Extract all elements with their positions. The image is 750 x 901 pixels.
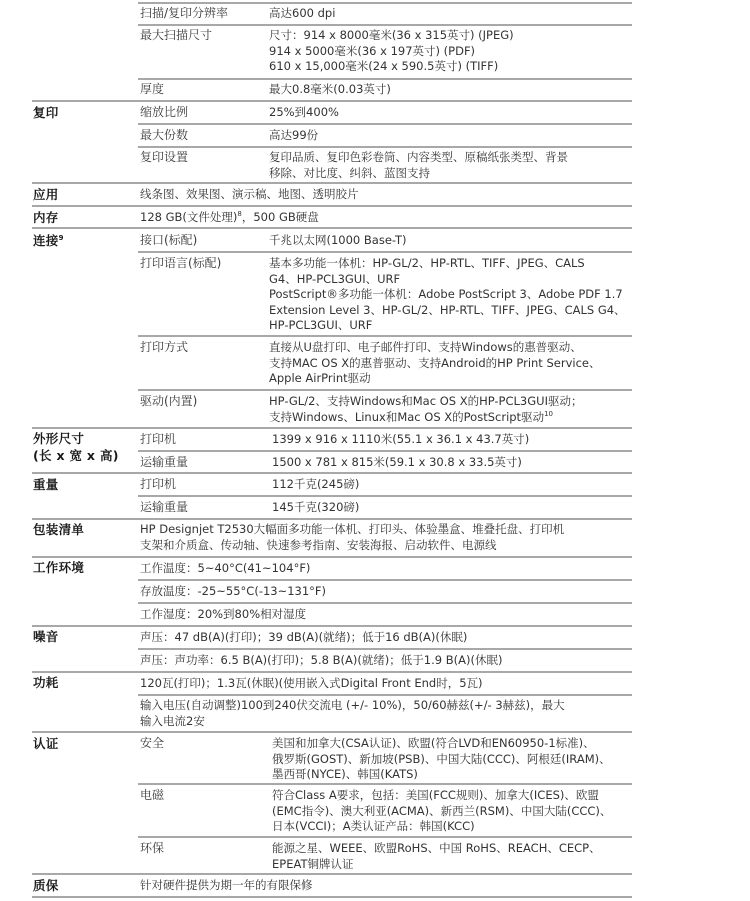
copy-zoom-value: 25%到400%	[269, 105, 634, 121]
thickness-label: 厚度	[140, 82, 164, 98]
section-environment: 工作环境	[33, 559, 84, 576]
section-divider	[32, 671, 632, 673]
dim-printer-value: 1399 x 916 x 1110米(55.1 x 36.1 x 43.7英寸)	[272, 432, 634, 448]
row-divider	[138, 495, 632, 497]
section-warranty: 质保	[33, 877, 59, 894]
scan-resolution-label: 扫描/复印分辨率	[140, 6, 228, 22]
print-languages-value: 基本多功能一体机：HP-GL/2、HP-RTL、TIFF、JPEG、CALS G…	[269, 256, 634, 334]
interface-label: 接口(标配)	[140, 233, 197, 249]
warranty-value: 针对硬件提供为期一年的有限保修	[140, 878, 634, 894]
section-memory: 内存	[33, 209, 59, 226]
safety-value: 美国和加拿大(CSA认证)、欧盟(符合LVD和EN60950-1标准)、 俄罗斯…	[272, 736, 634, 783]
row-divider	[138, 2, 632, 4]
row-divider	[138, 146, 632, 148]
row-divider	[138, 335, 632, 337]
section-divider	[32, 205, 632, 207]
section-certification: 认证	[33, 735, 59, 752]
section-divider	[32, 227, 632, 229]
section-power: 功耗	[33, 674, 59, 691]
section-divider	[32, 731, 632, 733]
print-method-value: 直接从U盘打印、电子邮件打印、支持Windows的惠普驱动、 支持MAC OS …	[269, 340, 634, 387]
row-divider	[138, 579, 632, 581]
humidity-value: 工作湿度：20%到80%相对湿度	[140, 607, 634, 623]
weight-shipping-label: 运输重量	[140, 500, 188, 516]
footnote-marker: 10	[544, 410, 553, 418]
row-divider	[138, 836, 632, 838]
section-copy: 复印	[33, 104, 59, 121]
row-divider	[138, 24, 632, 26]
memory-value: 128 GB(文件处理)8，500 GB硬盘	[140, 210, 634, 226]
row-divider	[138, 694, 632, 696]
storage-temp-value: 存放温度：-25~55°C(-13~131°F)	[140, 584, 634, 600]
section-package: 包装清单	[33, 521, 84, 538]
section-weight: 重量	[33, 476, 59, 493]
interface-value: 千兆以太网(1000 Base-T)	[269, 233, 634, 249]
power-input-value: 输入电压(自动调整)100到240伏交流电 (+/- 10%)，50/60赫兹(…	[140, 698, 634, 729]
row-divider	[138, 251, 632, 253]
row-divider	[138, 783, 632, 785]
section-divider	[32, 100, 632, 102]
operating-temp-value: 工作温度：5~40°C(41~104°F)	[140, 561, 634, 577]
drivers-line-2: 支持Windows、Linux和Mac OS X的PostScript驱动	[269, 410, 544, 424]
sound-pressure-value: 声压：47 dB(A)(打印)；39 dB(A)(就绪)；低于16 dB(A)(…	[140, 630, 634, 646]
dim-printer-label: 打印机	[140, 432, 176, 448]
section-divider	[32, 556, 632, 558]
max-copies-label: 最大份数	[140, 128, 188, 144]
max-scan-size-value: 尺寸：914 x 8000毫米(36 x 315英寸) (JPEG) 914 x…	[269, 28, 634, 75]
copy-settings-label: 复印设置	[140, 150, 188, 166]
memory-value-disk: ，500 GB硬盘	[242, 210, 319, 224]
copy-zoom-label: 缩放比例	[140, 105, 188, 121]
section-connectivity: 连接9	[33, 232, 64, 249]
section-dimensions-subtitle: (长 x 宽 x 高)	[33, 448, 119, 463]
section-dimensions-title: 外形尺寸	[33, 431, 84, 446]
section-applications: 应用	[33, 186, 59, 203]
environmental-label: 环保	[140, 841, 164, 857]
dim-shipping-value: 1500 x 781 x 815米(59.1 x 30.8 x 33.5英寸)	[272, 455, 634, 471]
copy-settings-value: 复印品质、复印色彩卷筒、内容类型、原稿纸张类型、背景 移除、对比度、纠斜、蓝图支…	[269, 150, 634, 181]
row-divider	[138, 389, 632, 391]
section-dimensions: 外形尺寸(长 x 宽 x 高)	[33, 430, 119, 464]
thickness-value: 最大0.8毫米(0.03英寸)	[269, 82, 634, 98]
row-divider	[138, 602, 632, 604]
sound-power-value: 声压：声功率：6.5 B(A)(打印)；5.8 B(A)(就绪)；低于1.9 B…	[140, 653, 634, 669]
power-consumption-value: 120瓦(打印)；1.3瓦(休眠)(使用嵌入式Digital Front End…	[140, 676, 634, 692]
spec-sheet: 扫描/复印分辨率 高达600 dpi 最大扫描尺寸 尺寸：914 x 8000毫…	[0, 0, 750, 901]
max-copies-value: 高达99份	[269, 128, 634, 144]
print-languages-label: 打印语言(标配)	[140, 256, 221, 272]
drivers-label: 驱动(内置)	[140, 394, 197, 410]
row-divider	[138, 648, 632, 650]
footnote-marker: 9	[59, 234, 64, 242]
drivers-line-1: HP-GL/2、支持Windows和Mac OS X的HP-PCL3GUI驱动；	[269, 394, 582, 408]
scan-resolution-value: 高达600 dpi	[269, 6, 634, 22]
max-scan-size-label: 最大扫描尺寸	[140, 28, 212, 44]
drivers-value: HP-GL/2、支持Windows和Mac OS X的HP-PCL3GUI驱动；…	[269, 394, 634, 425]
applications-value: 线条图、效果图、演示稿、地图、透明胶片	[140, 187, 634, 203]
section-divider	[32, 896, 632, 898]
row-divider	[138, 78, 632, 80]
environmental-value: 能源之星、WEEE、欧盟RoHS、中国 RoHS、REACH、CECP、 EPE…	[272, 841, 634, 872]
section-divider	[32, 518, 632, 520]
section-noise: 噪音	[33, 628, 59, 645]
weight-printer-label: 打印机	[140, 477, 176, 493]
emc-value: 符合Class A要求，包括：美国(FCC规则)、加拿大(ICES)、欧盟 (E…	[272, 788, 634, 835]
weight-shipping-value: 145千克(320磅)	[272, 500, 634, 516]
row-divider	[138, 123, 632, 125]
section-divider	[32, 427, 632, 429]
section-divider	[32, 472, 632, 474]
weight-printer-value: 112千克(245磅)	[272, 477, 634, 493]
section-divider	[32, 182, 632, 184]
emc-label: 电磁	[140, 788, 164, 804]
memory-value-main: 128 GB(文件处理)	[140, 210, 237, 224]
dim-shipping-label: 运输重量	[140, 455, 188, 471]
section-divider	[32, 625, 632, 627]
safety-label: 安全	[140, 736, 164, 752]
section-divider	[32, 873, 632, 875]
print-method-label: 打印方式	[140, 340, 188, 356]
row-divider	[138, 450, 632, 452]
package-value: HP Designjet T2530大幅面多功能一体机、打印头、体验墨盒、堆叠托…	[140, 522, 634, 553]
section-connectivity-label: 连接	[33, 233, 59, 248]
